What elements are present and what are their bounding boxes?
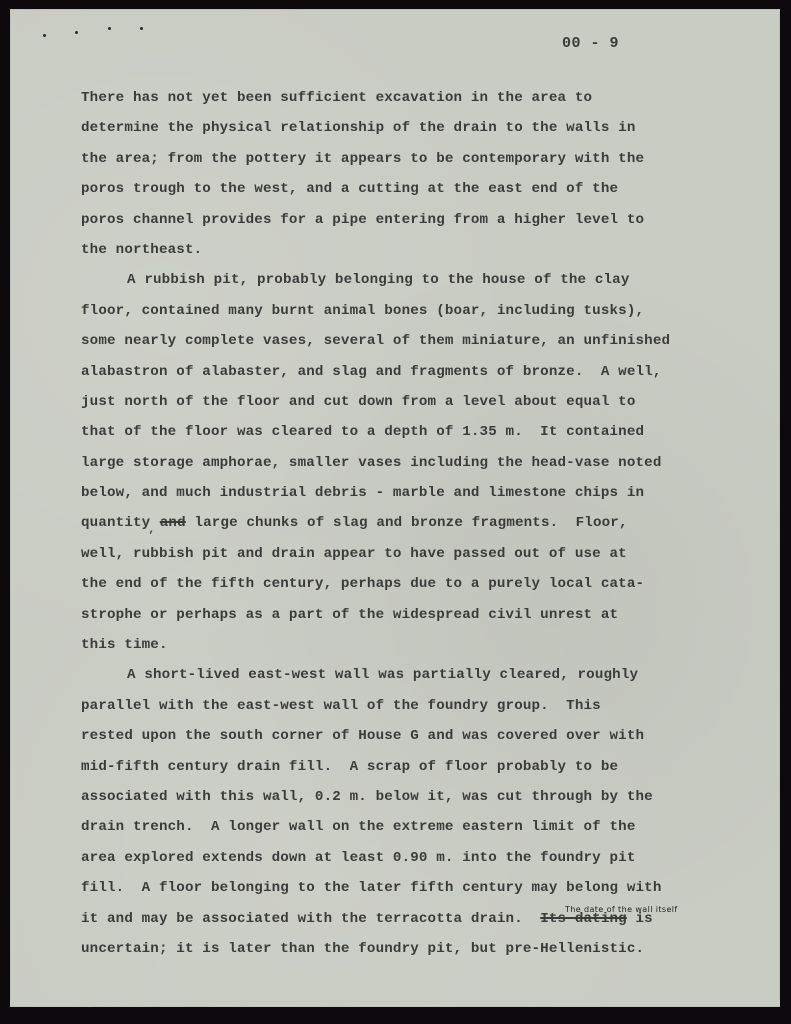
text-line: A short-lived east-west wall was partial… bbox=[81, 660, 721, 690]
text-line: parallel with the east-west wall of the … bbox=[81, 691, 721, 721]
text-line: below, and much industrial debris - marb… bbox=[81, 478, 721, 508]
paragraph-2: A rubbish pit, probably belonging to the… bbox=[81, 265, 721, 660]
text-line-content: A short-lived east-west wall was partial… bbox=[127, 667, 638, 683]
paper-dot bbox=[43, 34, 46, 37]
text-line: A rubbish pit, probably belonging to the… bbox=[81, 265, 721, 295]
paper-dot bbox=[75, 31, 78, 34]
text-line-with-correction: it and may be associated with the terrac… bbox=[81, 904, 721, 934]
text-line: area explored extends down at least 0.90… bbox=[81, 843, 721, 873]
handwritten-annotation: The date of the wall itself bbox=[565, 895, 678, 925]
text-line: that of the floor was cleared to a depth… bbox=[81, 417, 721, 447]
text-line: determine the physical relationship of t… bbox=[81, 113, 721, 143]
document-body: There has not yet been sufficient excava… bbox=[81, 83, 721, 964]
page-number: 00 - 9 bbox=[562, 35, 619, 52]
text-line: uncertain; it is later than the foundry … bbox=[81, 934, 721, 964]
text-segment: large chunks of slag and bronze fragment… bbox=[186, 515, 628, 531]
text-line: mid-fifth century drain fill. A scrap of… bbox=[81, 752, 721, 782]
text-line-content: A rubbish pit, probably belonging to the… bbox=[127, 272, 630, 288]
paragraph-1: There has not yet been sufficient excava… bbox=[81, 83, 721, 265]
text-line: rested upon the south corner of House G … bbox=[81, 721, 721, 751]
text-line: the northeast. bbox=[81, 235, 721, 265]
text-line: poros channel provides for a pipe enteri… bbox=[81, 205, 721, 235]
text-line: this time. bbox=[81, 630, 721, 660]
text-segment: quantity bbox=[81, 515, 150, 531]
text-line: floor, contained many burnt animal bones… bbox=[81, 296, 721, 326]
text-line-with-correction: quantity, and large chunks of slag and b… bbox=[81, 508, 721, 538]
torn-paper-edge bbox=[10, 1000, 780, 1012]
text-line: the area; from the pottery it appears to… bbox=[81, 144, 721, 174]
text-line: just north of the floor and cut down fro… bbox=[81, 387, 721, 417]
text-line: well, rubbish pit and drain appear to ha… bbox=[81, 539, 721, 569]
paper-dot bbox=[140, 27, 143, 30]
text-segment: it and may be associated with the terrac… bbox=[81, 911, 540, 927]
paragraph-3: A short-lived east-west wall was partial… bbox=[81, 660, 721, 964]
text-line: alabastron of alabaster, and slag and fr… bbox=[81, 357, 721, 387]
paper-marks bbox=[35, 22, 155, 42]
text-line: some nearly complete vases, several of t… bbox=[81, 326, 721, 356]
struck-text: and bbox=[160, 515, 186, 531]
text-line: large storage amphorae, smaller vases in… bbox=[81, 448, 721, 478]
text-line: the end of the fifth century, perhaps du… bbox=[81, 569, 721, 599]
paper-dot bbox=[108, 27, 111, 30]
inserted-comma-mark: , bbox=[148, 515, 155, 545]
text-line: associated with this wall, 0.2 m. below … bbox=[81, 782, 721, 812]
text-line: drain trench. A longer wall on the extre… bbox=[81, 812, 721, 842]
text-line: strophe or perhaps as a part of the wide… bbox=[81, 600, 721, 630]
text-line: There has not yet been sufficient excava… bbox=[81, 83, 721, 113]
text-line: poros trough to the west, and a cutting … bbox=[81, 174, 721, 204]
